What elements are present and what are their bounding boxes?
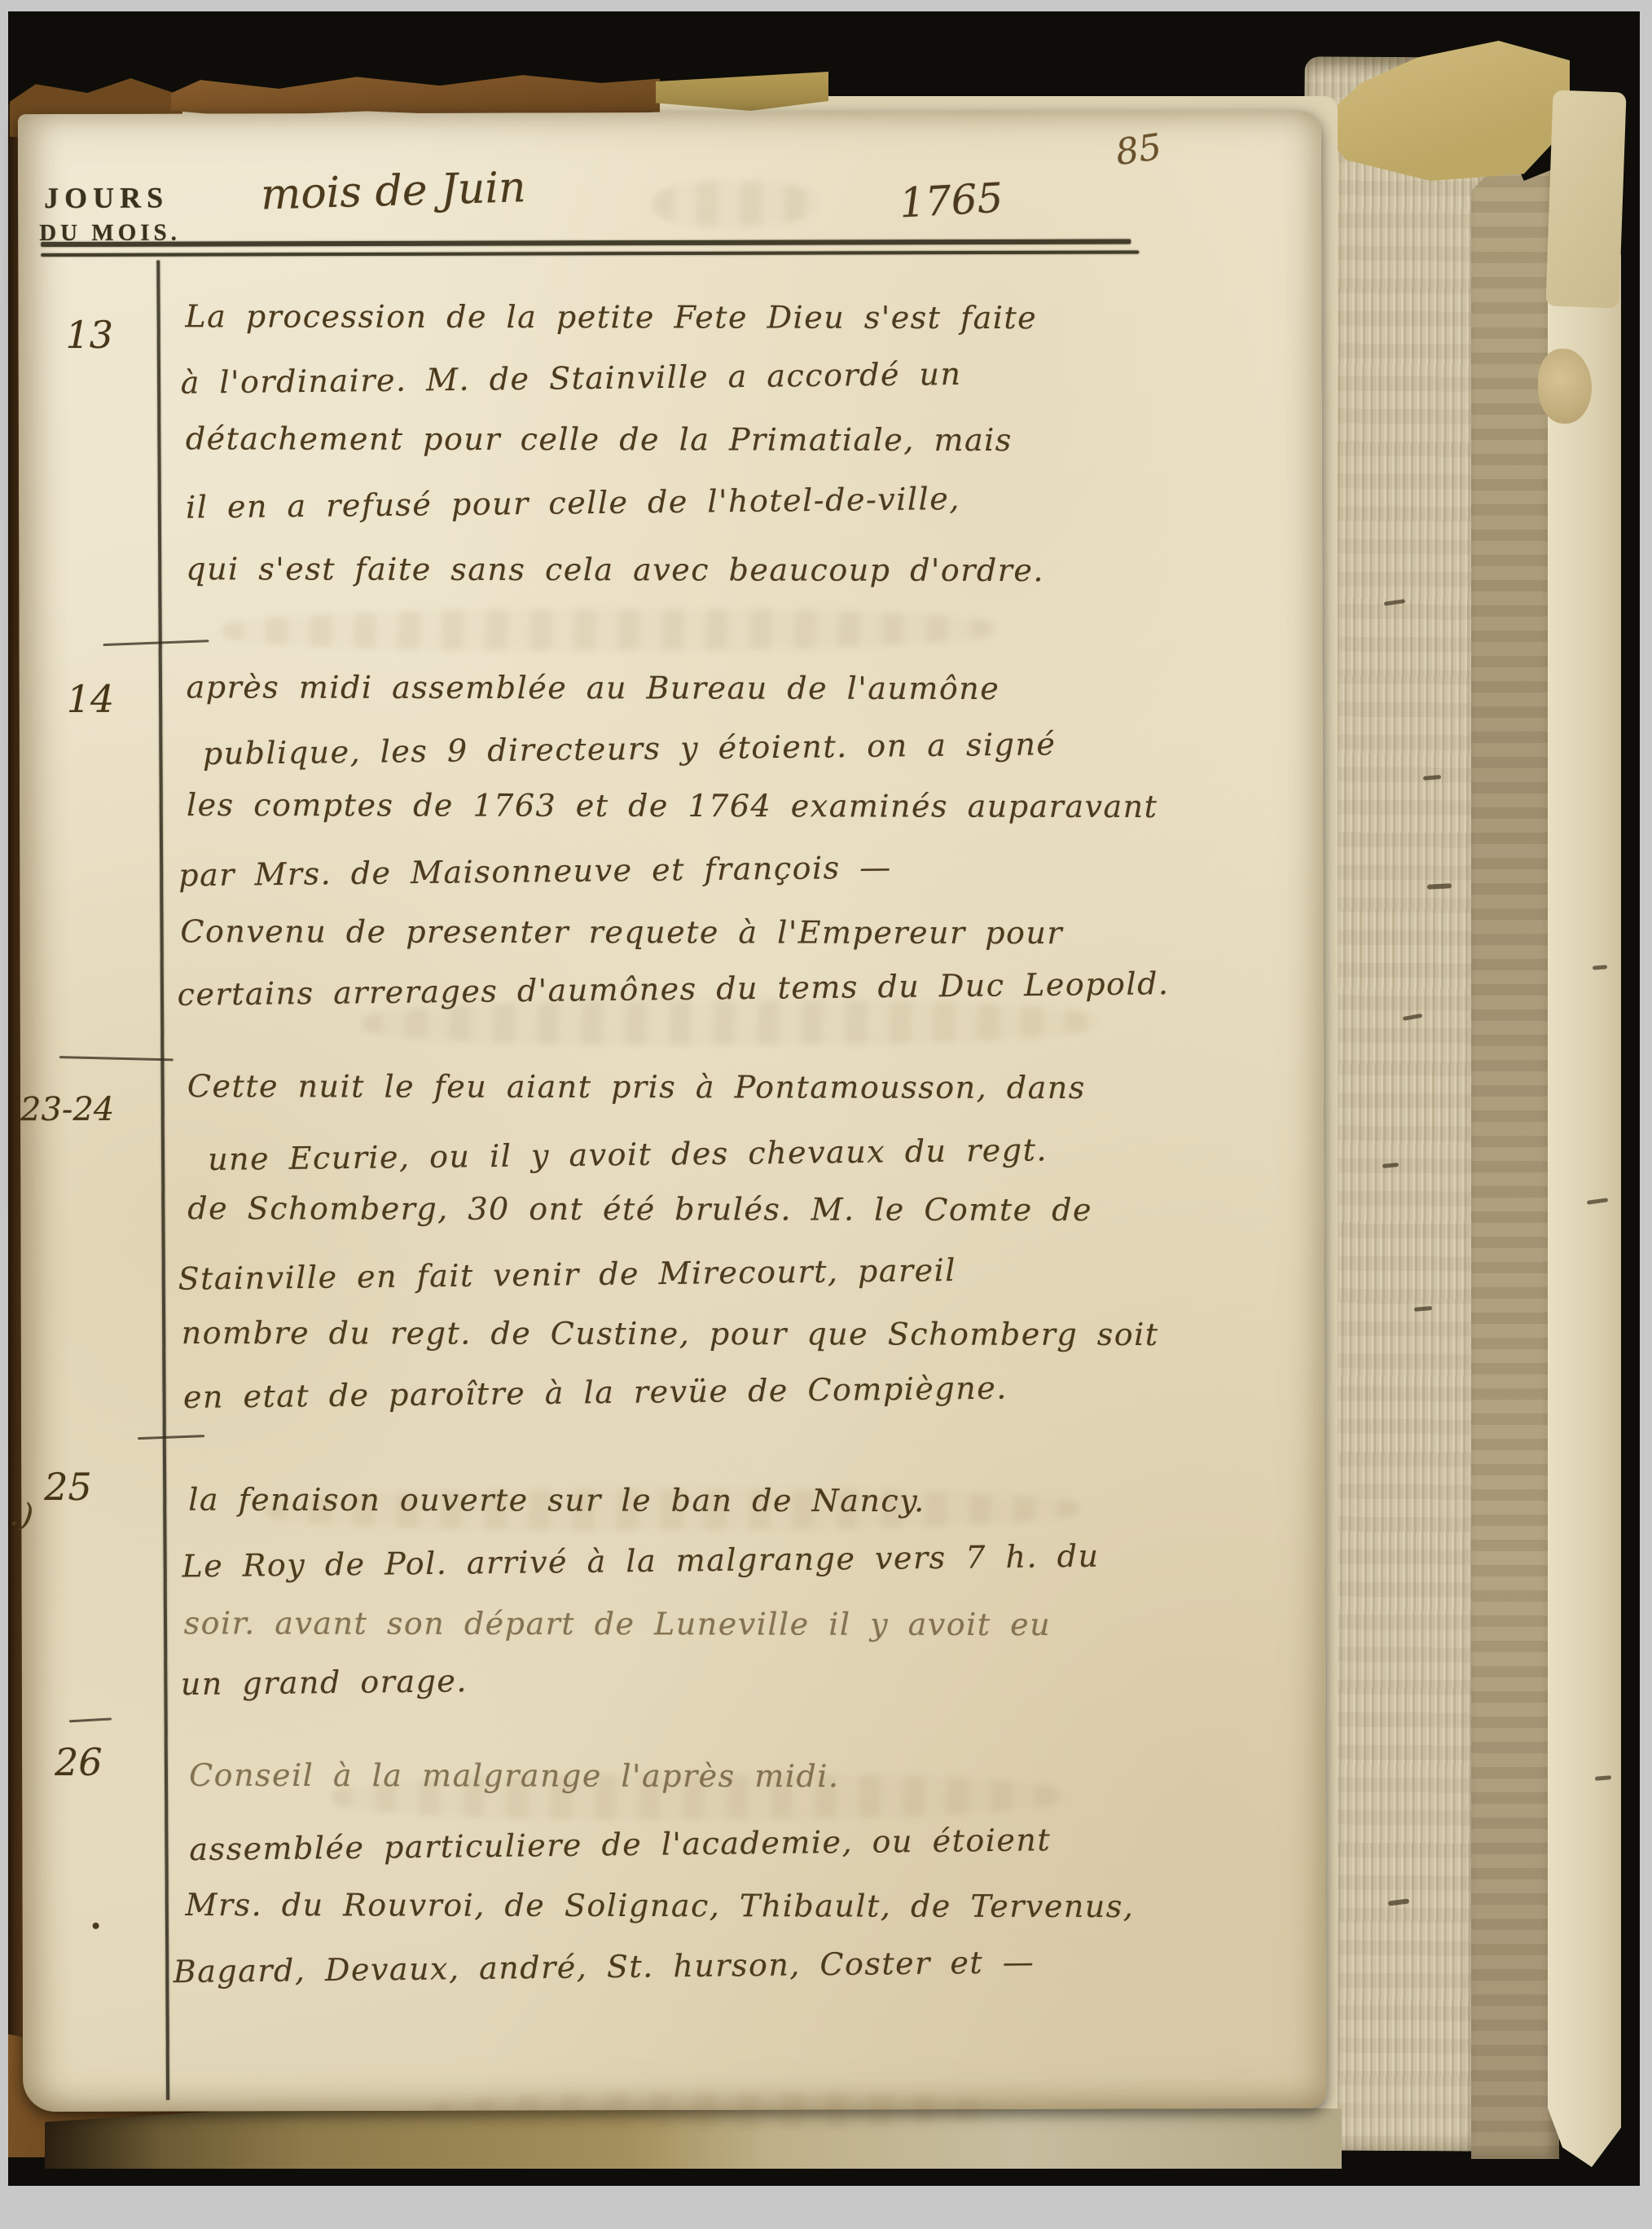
journal-page: JOURS DU MOIS. mois de Juin 1765 85 13 L… [18, 111, 1326, 2112]
entry-line: Le Roy de Pol. arrivé à la malgrange ver… [182, 1541, 1099, 1582]
day-column-rule [156, 261, 169, 2100]
entry-separator-tick [138, 1435, 204, 1440]
entry-line: Stainville en fait venir de Mirecourt, p… [178, 1255, 956, 1295]
entry-line: un grand orage. [181, 1665, 468, 1699]
entry-line: nombre du regt. de Custine, pour que Sch… [182, 1317, 1159, 1350]
entry-day-label: 26 [55, 1743, 103, 1781]
entry-line: certains arrerages d'aumônes du tems du … [177, 968, 1169, 1010]
entry-line: Conseil à la malgrange l'après midi. [189, 1760, 839, 1792]
page-number: 85 [1114, 130, 1164, 171]
entry-line: les comptes de 1763 et de 1764 examinés … [187, 789, 1158, 822]
torn-corner-sheet [1545, 90, 1626, 309]
fore-edge-outer-sheet [1548, 196, 1621, 2167]
month-title: mois de Juin [260, 166, 526, 216]
entry-line: de Schomberg, 30 ont été brulés. M. le C… [187, 1193, 1092, 1225]
entry-line: une Ecurie, ou il y avoit des chevaux du… [208, 1134, 1048, 1175]
header-rule-top [41, 240, 1131, 248]
days-column-header-line1: JOURS [44, 181, 169, 215]
entry-line: La procession de la petite Fete Dieu s'e… [185, 301, 1037, 333]
manuscript-scan: JOURS DU MOIS. mois de Juin 1765 85 13 L… [0, 0, 1652, 2229]
entry-day-label: 14 [67, 680, 115, 718]
entry-line: il en a refusé pour celle de l'hotel-de-… [186, 483, 960, 523]
ink-dot [93, 1923, 99, 1929]
entry-line: après midi assemblée au Bureau de l'aumô… [187, 671, 1000, 704]
entry-separator-tick [59, 1056, 174, 1061]
entry-line: détachement pour celle de la Primatiale,… [186, 423, 1013, 455]
entry-day-label: 13 [65, 316, 113, 354]
entry-day-label: 23-24 [20, 1093, 114, 1126]
entry-line: Mrs. du Rouvroi, de Solignac, Thibault, … [186, 1889, 1135, 1922]
entry-day-label: 25 [44, 1468, 92, 1506]
entry-line: qui s'est faite sans cela avec beaucoup … [186, 553, 1044, 586]
bleed-through-smudge [222, 609, 996, 651]
entry-line: en etat de paroître à la revüe de Compiè… [183, 1373, 1008, 1413]
fore-edge-damaged-pages [1471, 151, 1559, 2159]
entry-line: par Mrs. de Maisonneuve et françois — [178, 851, 892, 890]
entry-line: la fenaison ouverte sur le ban de Nancy. [188, 1484, 925, 1517]
entry-line: à l'ordinaire. M. de Stainville a accord… [180, 358, 961, 398]
entry-line: publique, les 9 directeurs y étoient. on… [203, 728, 1057, 769]
entry-separator-tick [103, 640, 209, 646]
entry-line: soir. avant son départ de Luneville il y… [184, 1607, 1052, 1640]
entry-line: Convenu de presenter requete à l'Empereu… [180, 916, 1063, 948]
year-label: 1765 [898, 178, 1004, 224]
header-rule-bottom [41, 250, 1139, 257]
entry-line: Cette nuit le feu aiant pris à Pontamous… [187, 1071, 1086, 1103]
entry-line: Bagard, Devaux, andré, St. hurson, Coste… [174, 1946, 1035, 1987]
bleed-through-smudge [430, 2091, 1000, 2130]
margin-ink-mark: .) [8, 1497, 36, 1532]
entry-separator-tick [69, 1717, 112, 1722]
paper-curl [1538, 349, 1592, 424]
bleed-through-smudge [653, 182, 816, 227]
entry-line: assemblée particuliere de l'academie, ou… [189, 1824, 1051, 1865]
